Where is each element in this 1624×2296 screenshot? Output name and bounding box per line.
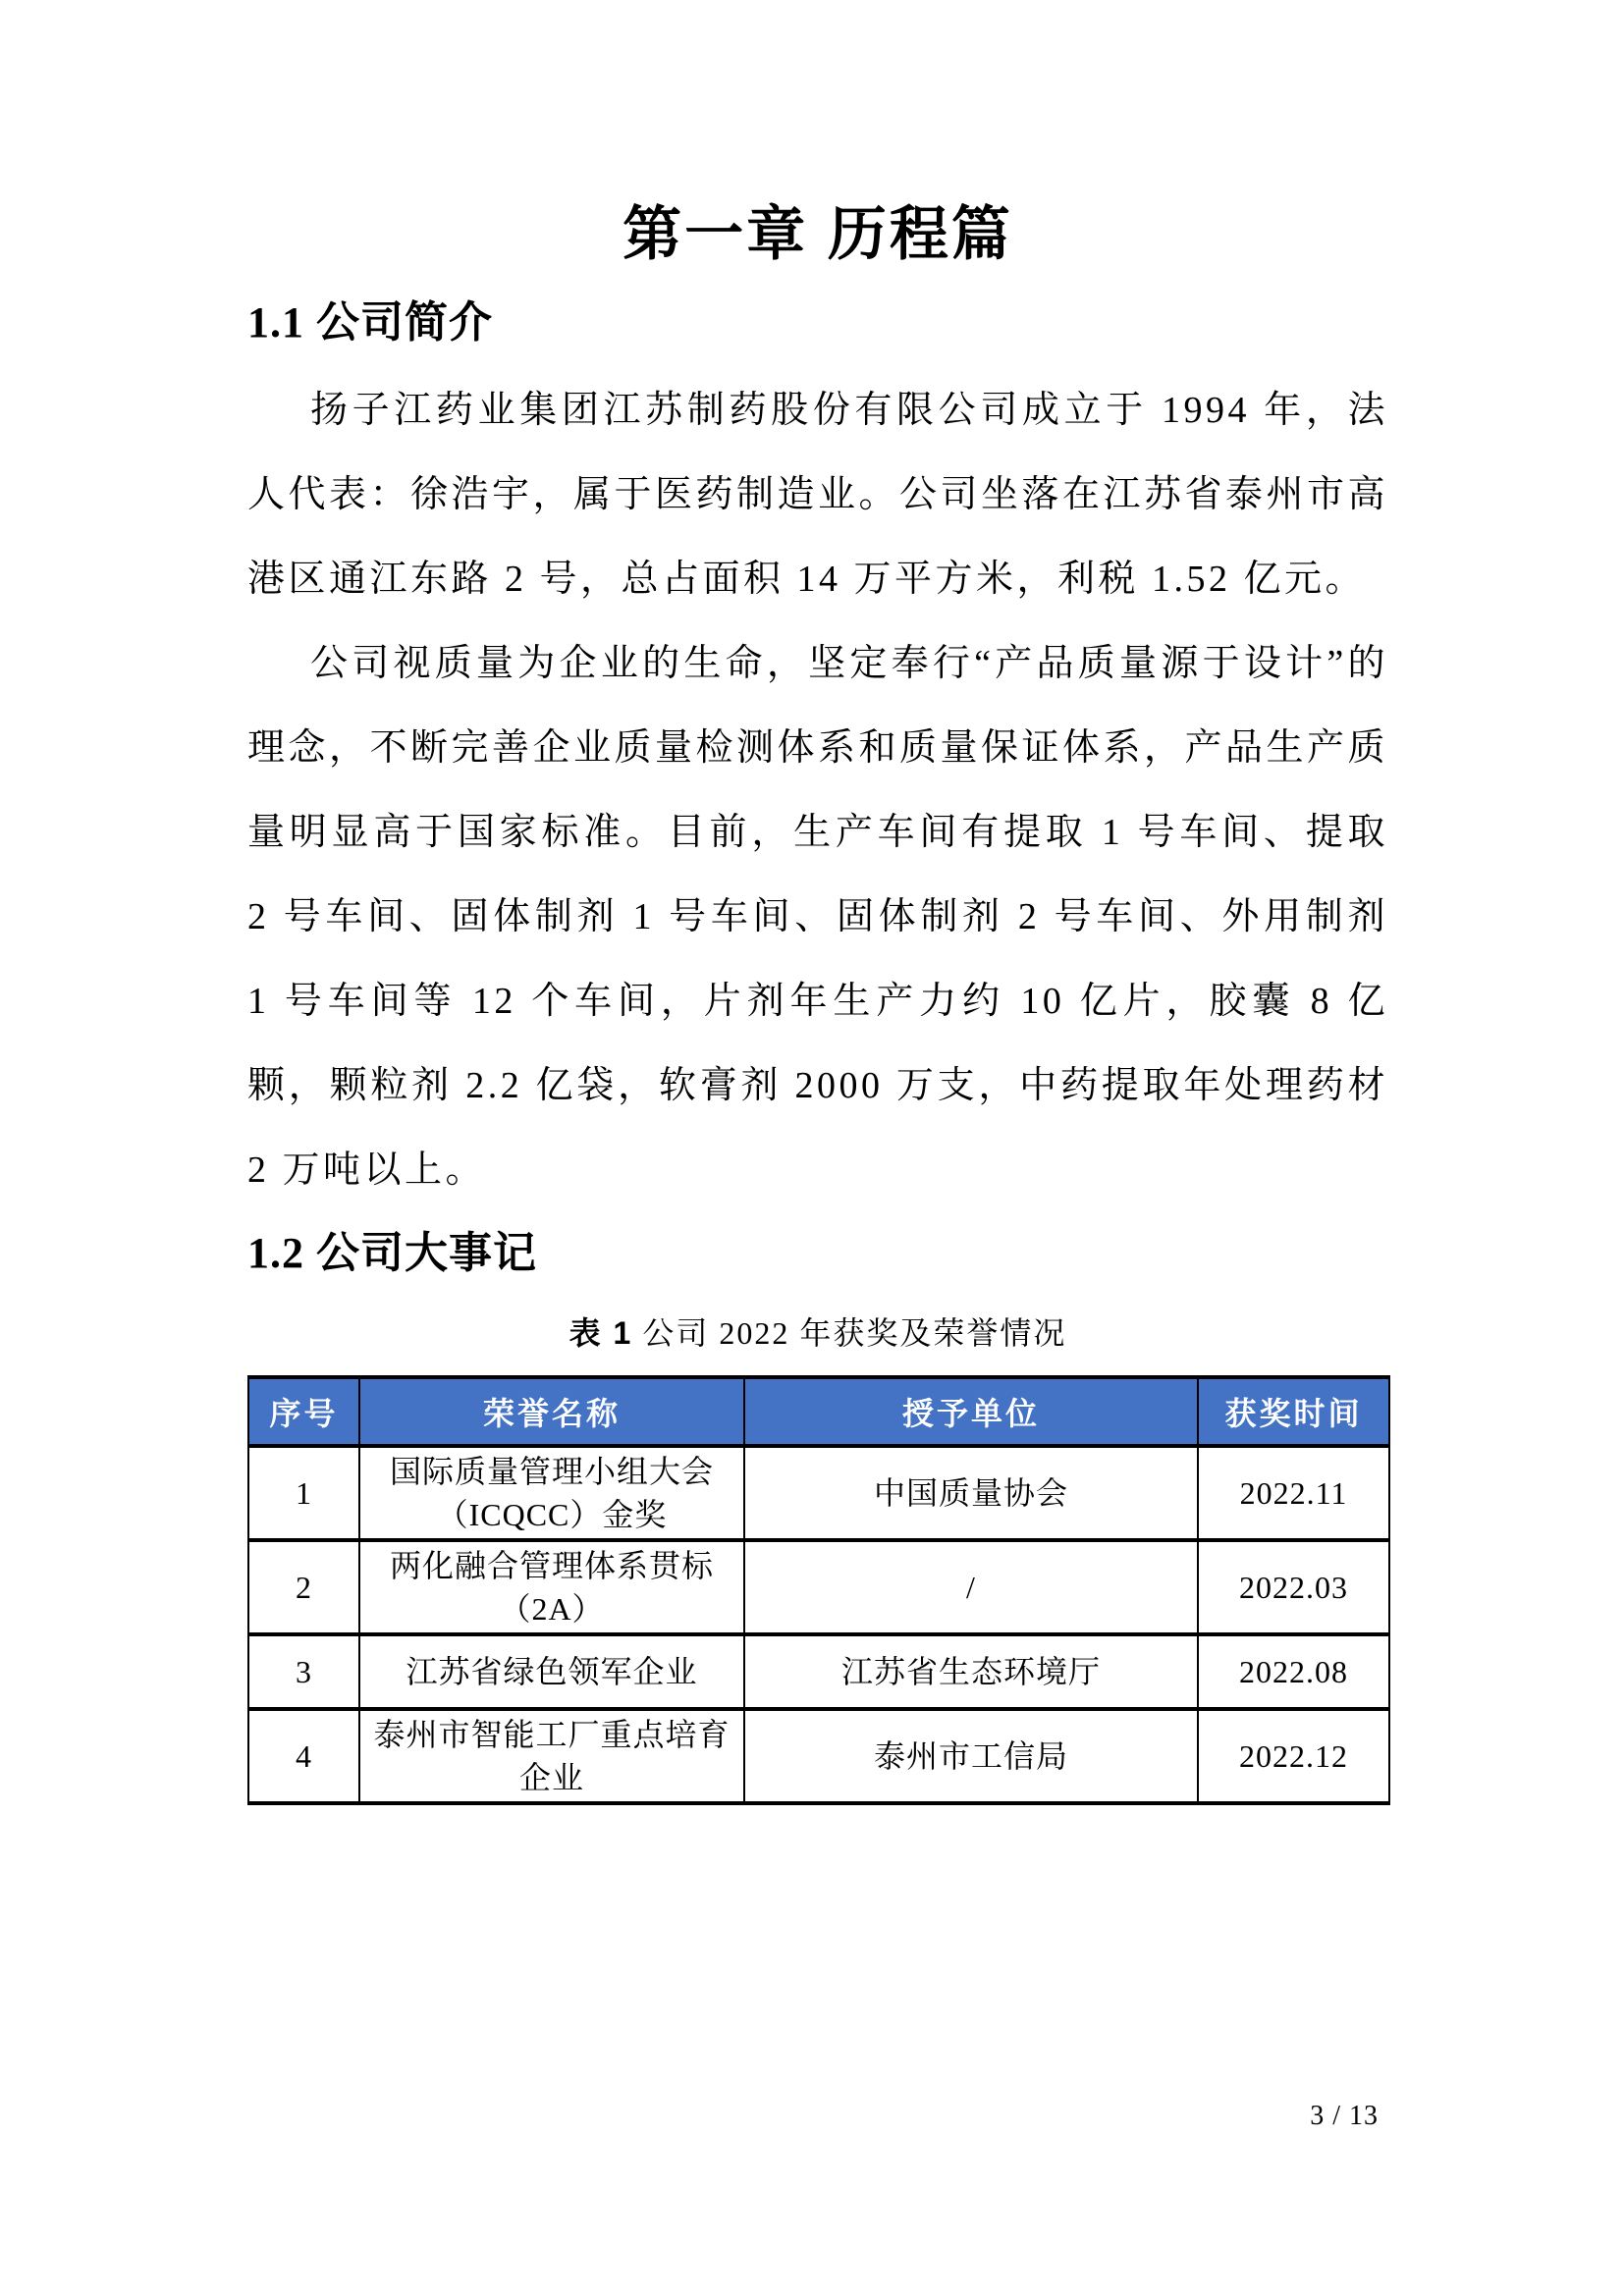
table-caption-label: 表 1 [569, 1315, 633, 1351]
header-cell-award-time: 获奖时间 [1198, 1377, 1389, 1446]
cell-index: 1 [248, 1446, 359, 1540]
cell-honor-name: 江苏省绿色领军企业 [359, 1634, 744, 1709]
document-page: 第一章 历程篇 1.1 公司简介 扬子江药业集团江苏制药股份有限公司成立于 19… [0, 0, 1624, 2296]
cell-honor-name: 泰州市智能工厂重点培育企业 [359, 1709, 744, 1803]
page-number: 3 / 13 [1310, 2101, 1379, 2132]
page-content: 第一章 历程篇 1.1 公司简介 扬子江药业集团江苏制药股份有限公司成立于 19… [0, 0, 1624, 1805]
table-row: 4 泰州市智能工厂重点培育企业 泰州市工信局 2022.12 [248, 1709, 1389, 1803]
cell-awarding-unit: 中国质量协会 [744, 1446, 1198, 1540]
header-cell-index: 序号 [248, 1377, 359, 1446]
cell-awarding-unit: 泰州市工信局 [744, 1709, 1198, 1803]
section-heading-label: 公司简介 [316, 298, 493, 347]
cell-award-time: 2022.08 [1198, 1634, 1389, 1709]
section-number: 1.1 [247, 298, 304, 347]
cell-honor-name: 两化融合管理体系贯标（2A） [359, 1540, 744, 1634]
table-row: 2 两化融合管理体系贯标（2A） / 2022.03 [248, 1540, 1389, 1634]
header-cell-honor-name: 荣誉名称 [359, 1377, 744, 1446]
table-caption-text: 公司 2022 年获奖及荣誉情况 [642, 1315, 1066, 1351]
section-heading-1-1: 1.1 公司简介 [247, 295, 1388, 350]
section-heading-label: 公司大事记 [316, 1229, 537, 1277]
section-heading-1-2: 1.2 公司大事记 [247, 1226, 1388, 1281]
cell-honor-name: 国际质量管理小组大会（ICQCC）金奖 [359, 1446, 744, 1540]
cell-award-time: 2022.03 [1198, 1540, 1389, 1634]
cell-index: 4 [248, 1709, 359, 1803]
table-caption: 表 1 公司 2022 年获奖及荣誉情况 [247, 1312, 1388, 1354]
table-row: 1 国际质量管理小组大会（ICQCC）金奖 中国质量协会 2022.11 [248, 1446, 1389, 1540]
chapter-title: 第一章 历程篇 [247, 0, 1388, 270]
cell-award-time: 2022.12 [1198, 1709, 1389, 1803]
cell-index: 3 [248, 1634, 359, 1709]
paragraph-company-intro-2: 公司视质量为企业的生命，坚定奉行“产品质量源于设计”的理念，不断完善企业质量检测… [247, 621, 1388, 1212]
cell-awarding-unit: / [744, 1540, 1198, 1634]
cell-award-time: 2022.11 [1198, 1446, 1389, 1540]
awards-table-header-row: 序号 荣誉名称 授予单位 获奖时间 [248, 1377, 1389, 1446]
cell-awarding-unit: 江苏省生态环境厅 [744, 1634, 1198, 1709]
table-row: 3 江苏省绿色领军企业 江苏省生态环境厅 2022.08 [248, 1634, 1389, 1709]
section-number: 1.2 [247, 1229, 304, 1277]
header-cell-awarding-unit: 授予单位 [744, 1377, 1198, 1446]
cell-index: 2 [248, 1540, 359, 1634]
paragraph-company-intro-1: 扬子江药业集团江苏制药股份有限公司成立于 1994 年，法人代表：徐浩宇，属于医… [247, 368, 1388, 621]
awards-table: 序号 荣誉名称 授予单位 获奖时间 1 国际质量管理小组大会（ICQCC）金奖 … [247, 1375, 1390, 1805]
